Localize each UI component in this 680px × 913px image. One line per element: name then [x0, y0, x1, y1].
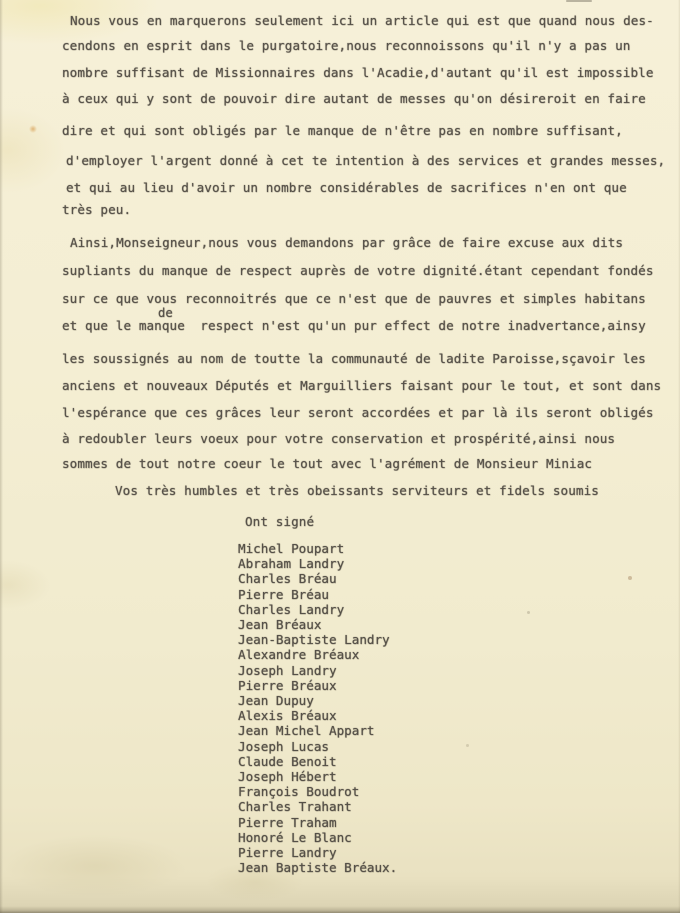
- typed-line: dire et qui sont obligés par le manque d…: [62, 123, 623, 138]
- signatory-name: Joseph Hébert: [238, 769, 397, 784]
- signatory-name: Michel Poupart: [238, 541, 397, 556]
- signatory-name: Alexandre Bréaux: [238, 647, 397, 662]
- signatory-name: Jean-Baptiste Landry: [238, 632, 397, 647]
- signatory-name: Charles Bréau: [238, 571, 397, 586]
- typed-line: très peu.: [62, 202, 131, 217]
- closing-salutation-line: Vos très humbles et très obeissants serv…: [115, 483, 599, 498]
- signed-heading: Ont signé: [245, 514, 314, 529]
- signatory-name: Joseph Lucas: [238, 739, 397, 754]
- typed-line: supliants du manque de respect auprès de…: [62, 263, 654, 278]
- paper-bottom-edge-shadow: [0, 906, 680, 913]
- typed-line: l'espérance que ces grâces leur seront a…: [62, 405, 654, 420]
- signatory-name: François Boudrot: [238, 784, 397, 799]
- signatory-name: Charles Trahant: [238, 799, 397, 814]
- typed-line: anciens et nouveaux Députés et Marguilli…: [62, 378, 661, 393]
- typed-line: les soussignés au nom de toutte la commu…: [62, 351, 646, 366]
- typed-line: et qui au lieu d'avoir un nombre considé…: [66, 180, 627, 195]
- signatory-name: Pierre Landry: [238, 845, 397, 860]
- signatory-name: Jean Baptiste Bréaux.: [238, 860, 397, 875]
- paper-left-edge-shadow: [0, 0, 3, 913]
- signatory-name: Pierre Traham: [238, 815, 397, 830]
- typed-line: cendons en esprit dans le purgatoire,nou…: [62, 38, 630, 53]
- signatory-name: Charles Landry: [238, 602, 397, 617]
- typed-line: sommes de tout notre coeur le tout avec …: [62, 456, 592, 471]
- typed-line: à redoubler leurs voeux pour votre conse…: [62, 431, 615, 446]
- signatory-name: Honoré Le Blanc: [238, 830, 397, 845]
- scanned-letter-page: Nous vous en marquerons seulement ici un…: [0, 0, 680, 913]
- typed-line: nombre suffisant de Missionnaires dans l…: [62, 65, 654, 80]
- typed-line: d'employer l'argent donné à cet te inten…: [66, 153, 665, 168]
- signatory-name: Claude Benoit: [238, 754, 397, 769]
- paper-speck: [628, 576, 632, 580]
- typed-line: Nous vous en marquerons seulement ici un…: [70, 13, 654, 28]
- typed-line: Ainsi,Monseigneur,nous vous demandons pa…: [70, 235, 623, 250]
- top-edge-mark: [566, 0, 592, 2]
- signatory-name: Jean Dupuy: [238, 693, 397, 708]
- typed-line: et que le manque respect n'est qu'un pur…: [62, 318, 646, 333]
- signatory-name: Jean Michel Appart: [238, 723, 397, 738]
- signatories-list: Michel Poupart Abraham Landry Charles Br…: [238, 541, 397, 875]
- typed-line: à ceux qui y sont de pouvoir dire autant…: [62, 91, 646, 106]
- signatory-name: Jean Bréaux: [238, 617, 397, 632]
- signatory-name: Alexis Bréaux: [238, 708, 397, 723]
- typed-line: sur ce que vous reconnoitrés que ce n'es…: [62, 291, 646, 306]
- signatory-name: Pierre Bréau: [238, 587, 397, 602]
- paper-speck: [466, 744, 469, 747]
- signatory-name: Pierre Bréaux: [238, 678, 397, 693]
- signatory-name: Joseph Landry: [238, 663, 397, 678]
- paper-speck: [527, 611, 530, 614]
- signatory-name: Abraham Landry: [238, 556, 397, 571]
